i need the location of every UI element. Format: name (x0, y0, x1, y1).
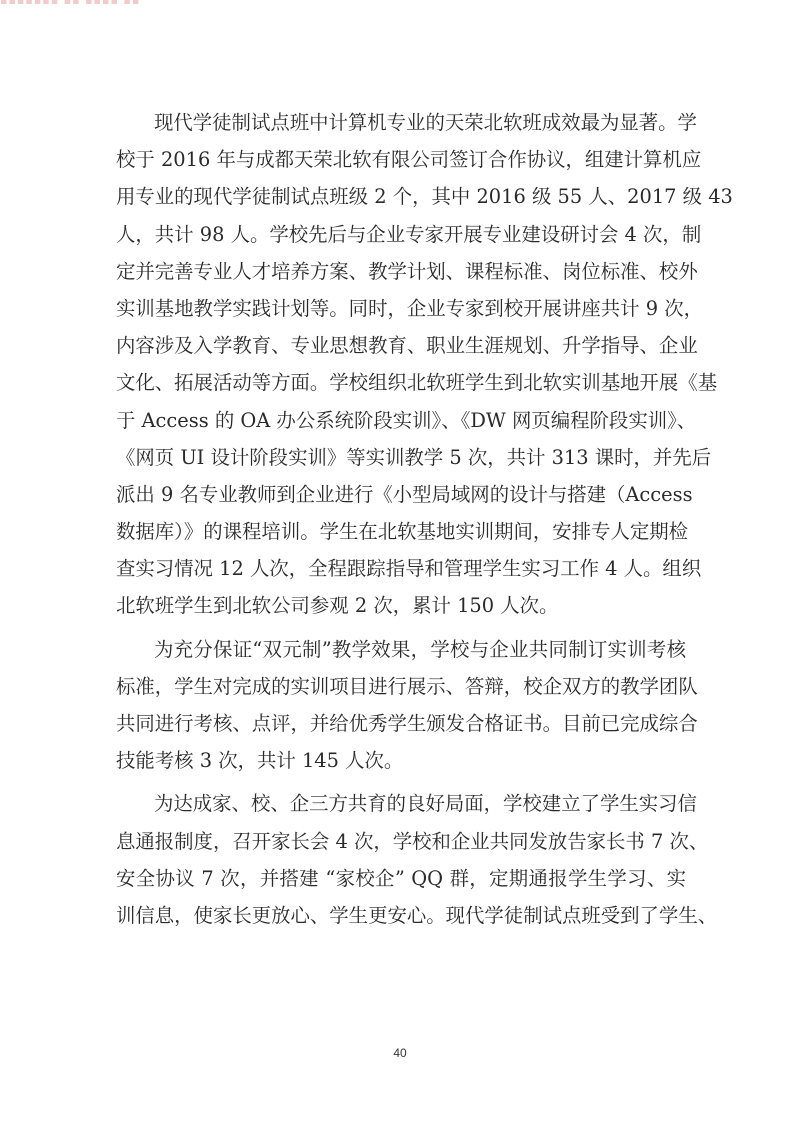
page-header-fragment: ▪▪▪▪▪▪▪ ▪▪ ▪▪▪▪ ▪▪ (0, 0, 200, 6)
text-line: 用专业的现代学徒制试点班级 2 个，其中 2016 级 55 人、2017 级 … (116, 178, 686, 215)
paragraph-apprenticeship-results: 现代学徒制试点班中计算机专业的天荣北软班成效最为显著。学 校于 2016 年与成… (116, 104, 686, 625)
text-line: 技能考核 3 次，共计 145 人次。 (116, 742, 686, 779)
text-line: 内容涉及入学教育、专业思想教育、职业生涯规划、升学指导、企业 (116, 327, 686, 364)
text-line: 《网页 UI 设计阶段实训》等实训教学 5 次，共计 313 课时，并先后 (116, 439, 686, 476)
document-body: 现代学徒制试点班中计算机专业的天荣北软班成效最为显著。学 校于 2016 年与成… (116, 104, 686, 934)
paragraph-family-school-enterprise: 为达成家、校、企三方共育的良好局面，学校建立了学生实习信 息通报制度，召开家长会… (116, 785, 686, 934)
text-line: 息通报制度，召开家长会 4 次，学校和企业共同发放告家长书 7 次、 (116, 823, 686, 860)
text-line: 文化、拓展活动等方面。学校组织北软班学生到北软实训基地开展《基 (116, 364, 686, 401)
page-number: 40 (0, 1046, 800, 1060)
paragraph-dual-system-assessment: 为充分保证“双元制”教学效果，学校与企业共同制订实训考核 标准，学生对完成的实训… (116, 631, 686, 780)
text-line: 实训基地教学实践计划等。同时，企业专家到校开展讲座共计 9 次， (116, 290, 686, 327)
text-line: 标准，学生对完成的实训项目进行展示、答辩，校企双方的教学团队 (116, 668, 686, 705)
text-line: 为达成家、校、企三方共育的良好局面，学校建立了学生实习信 (116, 785, 686, 822)
text-line: 定并完善专业人才培养方案、教学计划、课程标准、岗位标准、校外 (116, 253, 686, 290)
text-line: 查实习情况 12 人次，全程跟踪指导和管理学生实习工作 4 人。组织 (116, 550, 686, 587)
text-line: 安全协议 7 次，并搭建 “家校企” QQ 群，定期通报学生学习、实 (116, 860, 686, 897)
text-line: 派出 9 名专业教师到企业进行《小型局域网的设计与搭建（Access (116, 476, 686, 513)
text-line: 人，共计 98 人。学校先后与企业专家开展专业建设研讨会 4 次，制 (116, 216, 686, 253)
text-line: 于 Access 的 OA 办公系统阶段实训》、《DW 网页编程阶段实训》、 (116, 402, 686, 439)
text-line: 共同进行考核、点评，并给优秀学生颁发合格证书。目前已完成综合 (116, 705, 686, 742)
text-line: 北软班学生到北软公司参观 2 次，累计 150 人次。 (116, 587, 686, 624)
text-line: 训信息，使家长更放心、学生更安心。现代学徒制试点班受到了学生、 (116, 897, 686, 934)
text-line: 现代学徒制试点班中计算机专业的天荣北软班成效最为显著。学 (116, 104, 686, 141)
text-line: 为充分保证“双元制”教学效果，学校与企业共同制订实训考核 (116, 631, 686, 668)
text-line: 校于 2016 年与成都天荣北软有限公司签订合作协议，组建计算机应 (116, 141, 686, 178)
text-line: 数据库）》的课程培训。学生在北软基地实训期间，安排专人定期检 (116, 513, 686, 550)
